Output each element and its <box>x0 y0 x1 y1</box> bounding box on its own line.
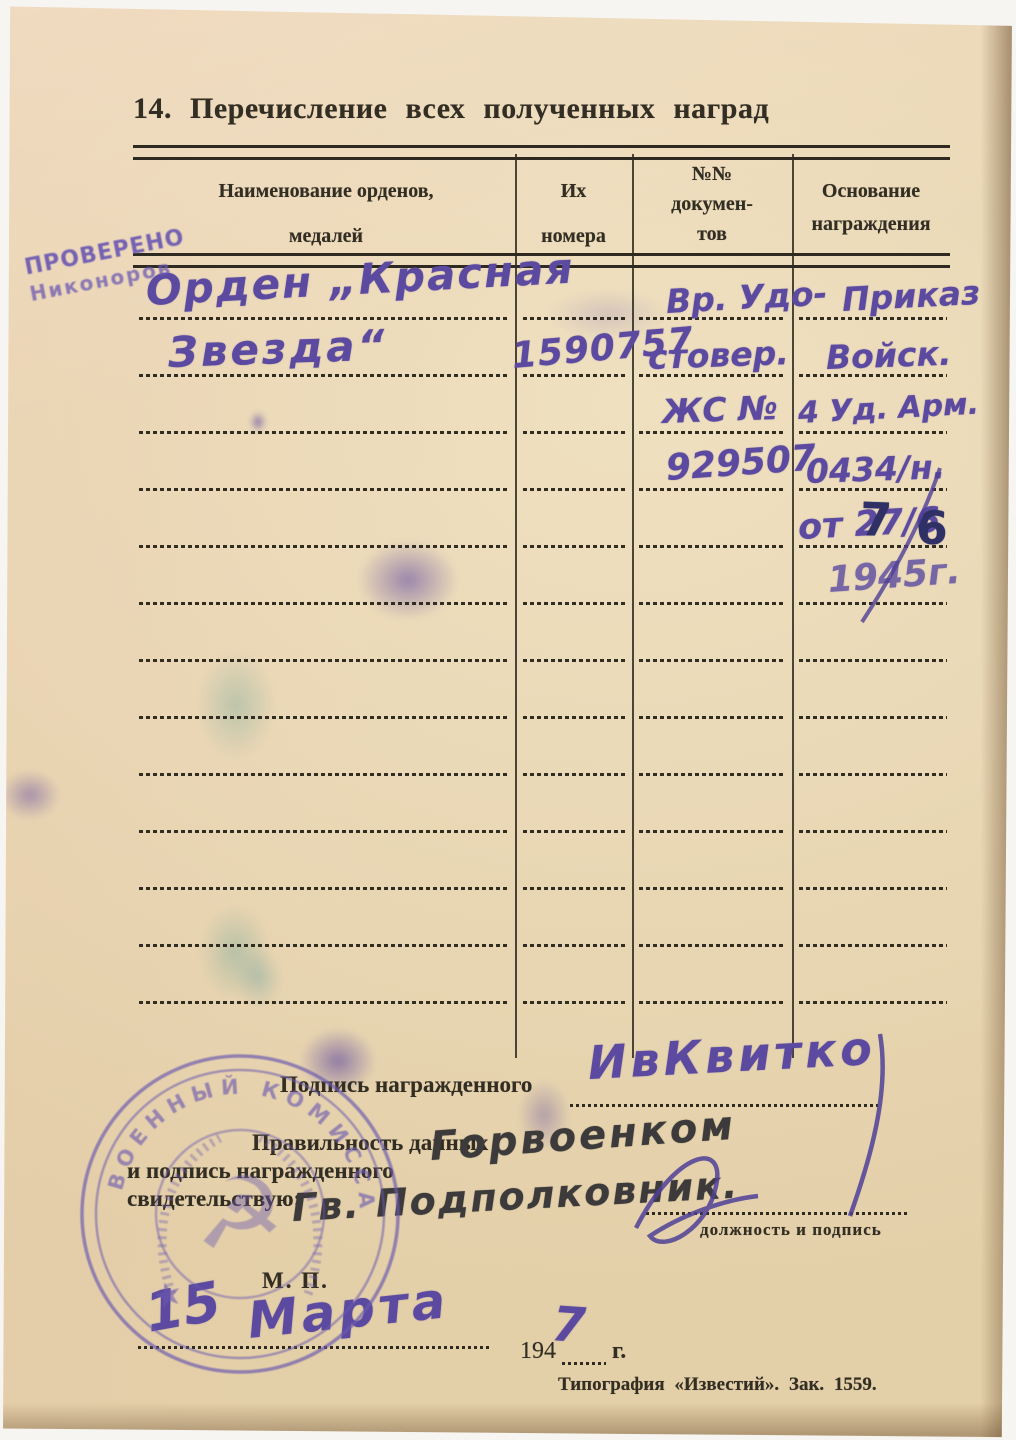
dotted-fill-line <box>523 1001 625 1004</box>
table-empty-row <box>133 890 950 947</box>
section-title-row: 14.Перечисление всех полученных наград <box>133 92 769 126</box>
position-signature-dotted-line <box>646 1212 908 1215</box>
star-icon: ★ <box>148 1272 188 1319</box>
column-header-basis: Основание награждения <box>792 175 950 241</box>
year-dotted-segment <box>562 1362 606 1365</box>
document-line3-handwriting: ЖС № <box>661 388 778 431</box>
table-empty-row <box>133 947 950 1004</box>
dotted-fill-line <box>639 1001 785 1004</box>
column-header-name: Наименование орденов, медалей <box>137 169 515 259</box>
print-house-note: Типография «Известий». Зак. 1559. <box>558 1374 877 1396</box>
dotted-fill-line <box>799 1001 947 1004</box>
basis-line1-handwriting: Приказ <box>841 273 981 319</box>
certifier-position-handwriting: Горвоенком <box>428 1103 737 1170</box>
award-name-line2-handwriting: Звезда“ <box>167 320 388 377</box>
basis-line4-handwriting: 0434/н. <box>805 447 946 491</box>
date-correction-7-handwriting: 7 <box>859 492 893 547</box>
round-seal-stamp: ВОЕННЫЙ КОМИССАРИАТ ☭ ★ <box>68 1052 416 1388</box>
basis-line2-handwriting: Войск. <box>825 334 952 377</box>
soviet-emblem-icon: ☭ <box>195 1155 285 1272</box>
page-title: Перечисление всех полученных наград <box>190 92 769 125</box>
column-header-documents: №№ докумен- тов <box>632 159 792 249</box>
date-correction-6-handwriting: 6 <box>915 500 950 556</box>
table-empty-row <box>133 605 950 662</box>
dotted-fill-line <box>139 1001 509 1004</box>
table-empty-row <box>133 833 950 890</box>
ink-blot <box>0 770 60 820</box>
table-empty-row <box>133 776 950 833</box>
table-top-border <box>133 145 950 160</box>
section-number: 14. <box>133 92 172 125</box>
year-handwriting: 7 <box>550 1296 587 1354</box>
table-empty-row <box>133 719 950 776</box>
table-empty-row <box>133 662 950 719</box>
document-line2-handwriting: стовер. <box>647 333 789 377</box>
year-suffix: г. <box>612 1338 626 1365</box>
position-signature-caption: должность и подпись <box>700 1220 882 1240</box>
document-page: 14.Перечисление всех полученных наград Н… <box>0 0 1016 1440</box>
